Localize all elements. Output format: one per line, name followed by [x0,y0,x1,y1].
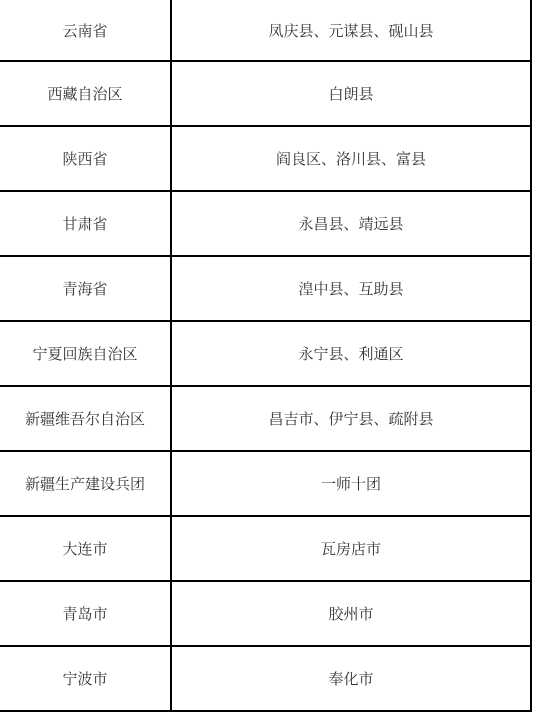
areas-cell: 永宁县、利通区 [172,322,530,385]
areas-cell: 永昌县、靖远县 [172,192,530,255]
table-row: 青海省 湟中县、互助县 [0,257,530,322]
table-row: 新疆生产建设兵团 一师十团 [0,452,530,517]
region-cell: 大连市 [0,517,172,580]
areas-cell: 阎良区、洛川县、富县 [172,127,530,190]
table-row: 西藏自治区 白朗县 [0,62,530,127]
region-cell: 宁波市 [0,647,172,710]
table-row: 大连市 瓦房店市 [0,517,530,582]
areas-cell: 奉化市 [172,647,530,710]
areas-cell: 一师十团 [172,452,530,515]
region-cell: 云南省 [0,0,172,60]
region-cell: 青海省 [0,257,172,320]
areas-cell: 白朗县 [172,62,530,125]
areas-cell: 凤庆县、元谋县、砚山县 [172,0,530,60]
table-row: 新疆维吾尔自治区 昌吉市、伊宁县、疏附县 [0,387,530,452]
table-row: 宁波市 奉化市 [0,647,530,712]
region-cell: 新疆维吾尔自治区 [0,387,172,450]
areas-cell: 湟中县、互助县 [172,257,530,320]
region-cell: 陕西省 [0,127,172,190]
table-row: 云南省 凤庆县、元谋县、砚山县 [0,0,530,62]
areas-cell: 胶州市 [172,582,530,645]
table-row: 陕西省 阎良区、洛川县、富县 [0,127,530,192]
areas-cell: 昌吉市、伊宁县、疏附县 [172,387,530,450]
table-row: 青岛市 胶州市 [0,582,530,647]
region-cell: 甘肃省 [0,192,172,255]
table-row: 甘肃省 永昌县、靖远县 [0,192,530,257]
region-cell: 青岛市 [0,582,172,645]
areas-cell: 瓦房店市 [172,517,530,580]
region-cell: 西藏自治区 [0,62,172,125]
region-cell: 宁夏回族自治区 [0,322,172,385]
table-row: 宁夏回族自治区 永宁县、利通区 [0,322,530,387]
region-cell: 新疆生产建设兵团 [0,452,172,515]
region-county-table: 云南省 凤庆县、元谋县、砚山县 西藏自治区 白朗县 陕西省 阎良区、洛川县、富县… [0,0,532,712]
